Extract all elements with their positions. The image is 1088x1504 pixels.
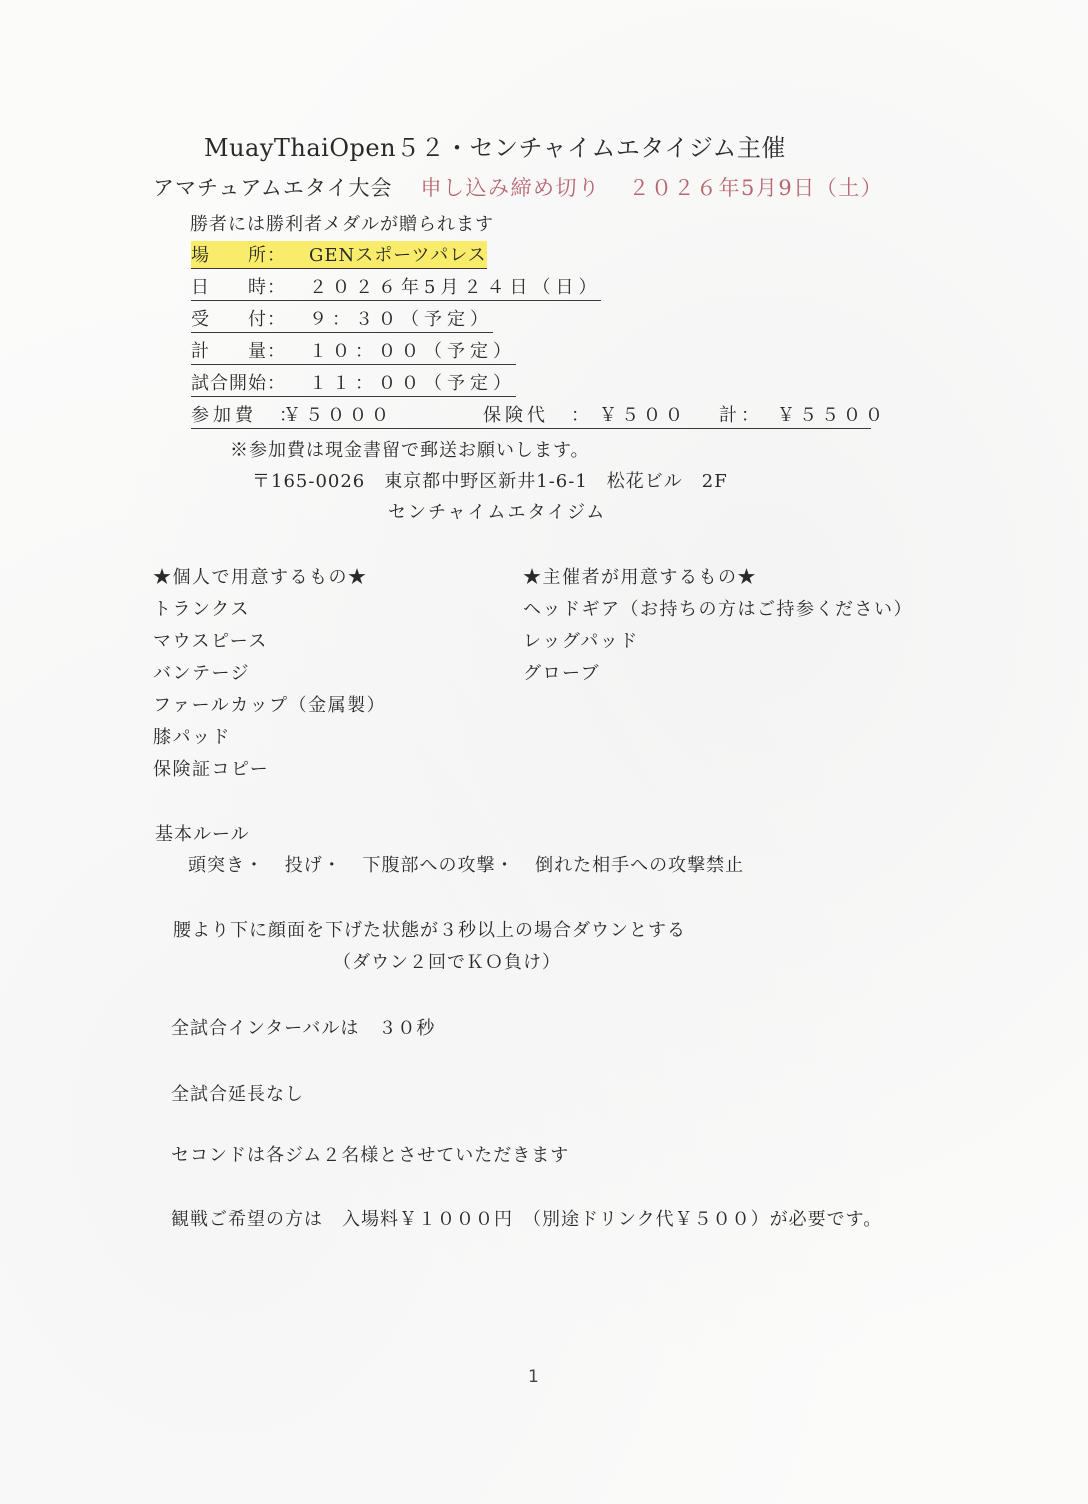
rules-heading: 基本ルール: [155, 820, 250, 846]
personal-items-list: ★個人で用意するもの★ トランクス マウスピース バンテージ ファールカップ（金…: [153, 563, 386, 787]
down-rule: 腰より下に顔面を下げた状態が３秒以上の場合ダウンとする: [173, 916, 686, 942]
deadline-date: ２０２６年5月9日（土）: [628, 176, 883, 200]
list-item: 保険証コピー: [153, 755, 386, 787]
entry-fee-value: ￥５０００: [283, 401, 483, 427]
mailing-address: 〒165-0026 東京都中野区新井1-6-1 松花ビル 2F: [252, 467, 728, 493]
seconds-rule: セコンドは各ジム２名様とさせていただきます: [171, 1141, 569, 1167]
prohibited-actions: 頭突き・ 投げ・ 下腹部への攻撃・ 倒れた相手への攻撃禁止: [188, 851, 744, 877]
list-item: ヘッドギア（お持ちの方はご持参ください）: [523, 595, 913, 627]
medal-note: 勝者には勝利者メダルが贈られます: [190, 210, 494, 236]
down-ko-rule: （ダウン２回でＫＯ負け）: [333, 948, 561, 974]
total-value: ￥５５００: [777, 401, 887, 427]
event-title: MuayThaiOpen５２・センチャイムエタイジム主催: [204, 128, 786, 163]
event-subtitle: アマチュアムエタイ大会: [153, 176, 392, 200]
fees-row: 参加費 ：￥５０００保険代 ：￥５００計：￥５５００: [191, 401, 871, 429]
deadline-label: 申し込み締め切り: [420, 176, 600, 200]
event-subtitle-line: アマチュアムエタイ大会申し込み締め切り２０２６年5月9日（土）: [153, 172, 883, 202]
list-item: マウスピース: [153, 627, 386, 659]
list-item: ファールカップ（金属製）: [153, 691, 386, 723]
personal-items-heading: ★個人で用意するもの★: [153, 563, 386, 595]
reception-label: 受 付：: [191, 305, 309, 331]
match-start-label: 試合開始：: [191, 369, 309, 395]
organizer-items-list: ★主催者が用意するもの★ ヘッドギア（お持ちの方はご持参ください） レッグパッド…: [523, 563, 913, 691]
payment-note: ※参加費は現金書留で郵送お願いします。: [230, 436, 590, 462]
page-number: 1: [528, 1367, 539, 1387]
venue-row: 場 所：GENスポーツパレス: [191, 241, 487, 269]
total-label: 計：: [719, 401, 777, 427]
date-label: 日 時：: [191, 273, 309, 299]
reception-row: 受 付：９：３０（予定）: [191, 305, 493, 333]
weigh-in-value: １０：００（予定）: [309, 341, 516, 362]
list-item: レッグパッド: [523, 627, 913, 659]
organizer-items-heading: ★主催者が用意するもの★: [523, 563, 913, 595]
insurance-label: 保険代 ：: [483, 401, 599, 427]
reception-value: ９：３０（予定）: [309, 309, 493, 330]
list-item: トランクス: [153, 595, 386, 627]
venue-label: 場 所：: [191, 241, 309, 267]
list-item: グローブ: [523, 659, 913, 691]
date-value: ２０２６年5月２４日（日）: [309, 277, 601, 298]
list-item: バンテージ: [153, 659, 386, 691]
spectator-fee: 観戦ご希望の方は 入場料￥１０００円 （別途ドリンク代￥５００）が必要です。: [171, 1205, 882, 1231]
list-item: 膝パッド: [153, 723, 386, 755]
insurance-value: ￥５００: [599, 401, 719, 427]
match-start-row: 試合開始：１１：００（予定）: [191, 369, 516, 397]
interval-rule: 全試合インターバルは ３０秒: [171, 1014, 435, 1040]
no-extension-rule: 全試合延長なし: [171, 1080, 304, 1106]
entry-fee-label: 参加費 ：: [191, 401, 283, 427]
recipient-gym: センチャイムエタイジム: [388, 498, 606, 524]
venue-value: GENスポーツパレス: [309, 245, 487, 266]
document-page: MuayThaiOpen５２・センチャイムエタイジム主催 アマチュアムエタイ大会…: [0, 0, 1088, 1504]
date-row: 日 時：２０２６年5月２４日（日）: [191, 273, 601, 301]
weigh-in-row: 計 量：１０：００（予定）: [191, 337, 516, 365]
weigh-in-label: 計 量：: [191, 337, 309, 363]
match-start-value: １１：００（予定）: [309, 373, 516, 394]
